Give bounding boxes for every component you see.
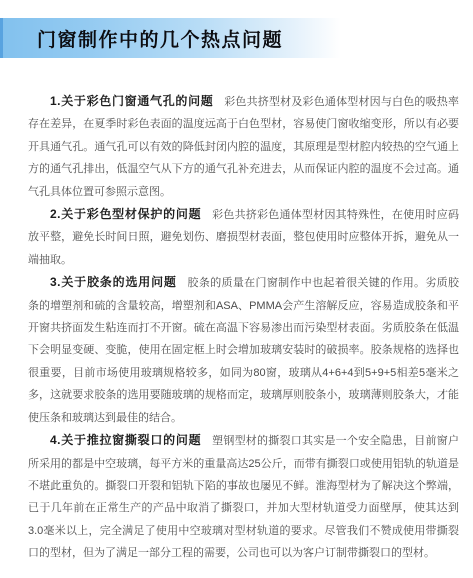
section-tear-opening: 4.关于推拉窗撕裂口的问题塑钢型材的撕裂口其实是一个安全隐患，目前窗户所采用的都… <box>28 429 459 564</box>
banner-left-accent-bar <box>0 18 3 58</box>
section-1-heading: 1.关于彩色门窗通气孔的问题 <box>50 94 213 108</box>
title-banner: 门窗制作中的几个热点问题 <box>0 18 473 58</box>
section-3-text: 胶条的质量在门窗制作中也起着很关键的作用。劣质胶条的增塑剂和硫的含量较高，增塑剂… <box>28 277 459 423</box>
section-2-heading: 2.关于彩色型材保护的问题 <box>50 207 201 221</box>
section-vent-holes: 1.关于彩色门窗通气孔的问题彩色共挤型材及彩色通体型材因与白色的吸热率存在差异，… <box>28 90 459 203</box>
page-title: 门窗制作中的几个热点问题 <box>37 25 283 52</box>
section-profile-protection: 2.关于彩色型材保护的问题彩色共挤彩色通体型材因其特殊性，在使用时应码放平整，避… <box>28 203 459 271</box>
document-page: 门窗制作中的几个热点问题 1.关于彩色门窗通气孔的问题彩色共挤型材及彩色通体型材… <box>0 0 473 578</box>
section-3-heading: 3.关于胶条的选用问题 <box>50 275 177 289</box>
section-gasket-selection: 3.关于胶条的选用问题胶条的质量在门窗制作中也起着很关键的作用。劣质胶条的增塑剂… <box>28 271 459 429</box>
document-body: 1.关于彩色门窗通气孔的问题彩色共挤型材及彩色通体型材因与白色的吸热率存在差异，… <box>0 90 473 565</box>
section-4-heading: 4.关于推拉窗撕裂口的问题 <box>50 433 201 447</box>
section-1-text: 彩色共挤型材及彩色通体型材因与白色的吸热率存在差异，在夏季时彩色表面的温度远高于… <box>28 96 459 198</box>
section-4-text: 塑钢型材的撕裂口其实是一个安全隐患，目前窗户所采用的都是中空玻璃，每平方米的重量… <box>28 435 459 559</box>
